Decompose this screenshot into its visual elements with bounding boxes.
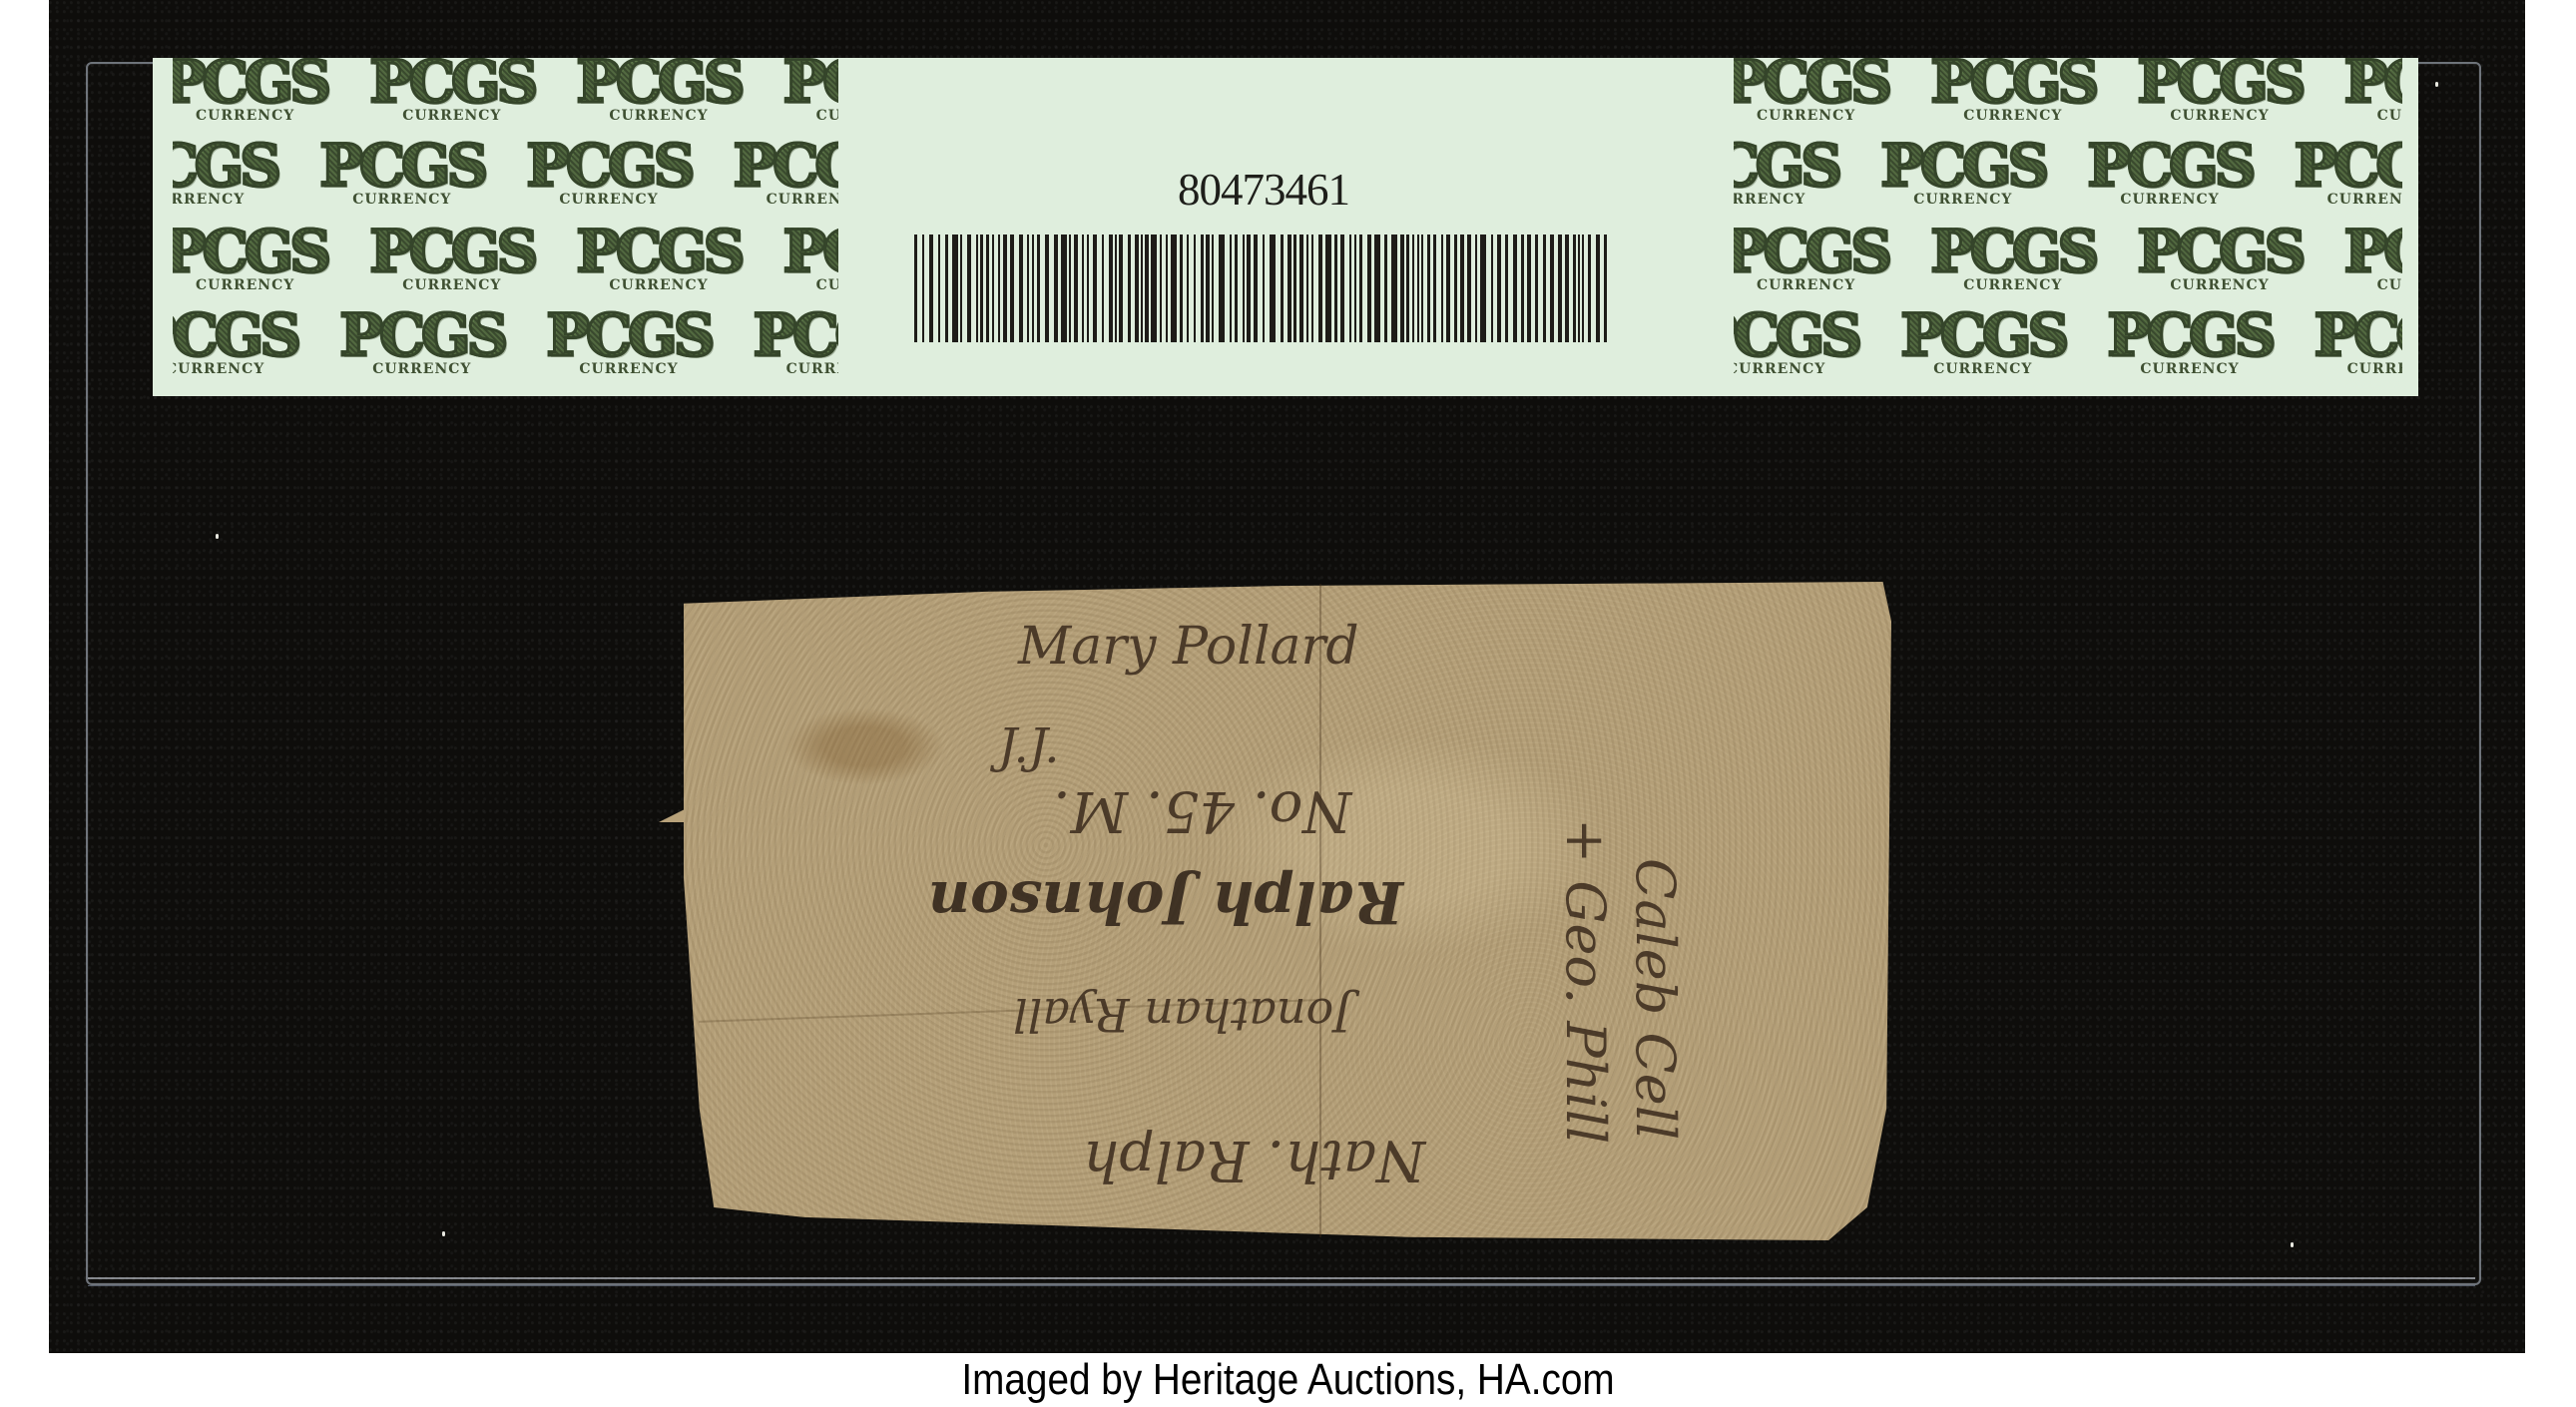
pcgs-logo: PCGSCURRENCY [526,138,691,208]
barcode-bar [1102,234,1104,342]
barcode-bar [976,234,978,342]
pcgs-logo: PCGSCURRENCY [319,138,484,208]
barcode-bar [1093,234,1097,342]
barcode-bar [1497,234,1501,342]
barcode-bar [938,234,940,342]
barcode-bar [1201,234,1204,342]
barcode-bar [914,234,917,342]
pcgs-logo: PCGSCURRENCY [2137,58,2302,124]
dust-speck [2291,1242,2294,1247]
barcode-bar [1032,234,1034,342]
barcode-bar [1082,234,1084,342]
barcode-bar [1069,234,1071,342]
barcode-bar [1467,234,1471,342]
barcode-bar [1340,234,1344,342]
pcgs-security-pattern-left: PCGSCURRENCYPCGSCURRENCYPCGSCURRENCYPCGS… [173,58,838,396]
barcode-bar [1505,234,1508,342]
barcode-bar [1212,234,1214,342]
barcode-bar [1135,234,1139,342]
pcgs-logo: PCGSCURRENCY [2087,138,2252,208]
barcode-bar [1247,234,1251,342]
barcode-bar [1475,234,1477,342]
barcode-bar [986,234,989,342]
barcode-bar [1180,234,1183,342]
pcgs-logo: PCGSCURRENCY [2344,58,2402,124]
barcode-bar [1406,234,1409,342]
barcode-bar [1128,234,1131,342]
pcgs-logo: PCGSCURRENCY [369,224,534,293]
dust-speck [216,534,219,539]
image-credit-caption: Imaged by Heritage Auctions, HA.com [155,1353,2421,1407]
pcgs-logo: PCGSCURRENCY [754,307,838,377]
pcgs-logo: PCGSCURRENCY [1734,138,1838,208]
barcode-bar [1578,234,1580,342]
barcode-bar [1454,234,1457,342]
pcgs-logo: PCGSCURRENCY [2315,307,2402,377]
barcode-bar [1412,234,1414,342]
barcode-bar [1535,234,1538,342]
barcode-bar [1446,234,1450,342]
barcode-bar [1480,234,1486,342]
pcgs-logo: PCGSCURRENCY [173,307,297,377]
barcode-bar [1513,234,1517,342]
barcode-bar [1054,234,1058,342]
pcgs-logo: PCGSCURRENCY [1734,307,1858,377]
serial-number: 80473461 [1172,170,1355,210]
barcode-bar [967,234,971,342]
barcode-bar [1235,234,1238,342]
pcgs-logo: PCGSCURRENCY [2107,307,2272,377]
barcode-bar [1427,234,1430,342]
barcode-bar [1254,234,1258,342]
barcode-bar [1270,234,1276,342]
pcgs-logo: PCGSCURRENCY [783,224,838,293]
barcode-bar [1582,234,1584,342]
barcode-bar [1421,234,1423,342]
barcode-bar [1219,234,1225,342]
barcode-bar [1141,234,1143,342]
handwriting-vertical-line-2: + Geo. Phill [1554,818,1617,1144]
barcode-bar [1119,234,1123,342]
barcode-bar [1558,234,1562,342]
barcode-bar [929,234,933,342]
barcode-bar [1160,234,1162,342]
pcgs-logo: PCGSCURRENCY [734,138,838,208]
barcode-bar [1374,234,1380,342]
barcode-bar [1061,234,1067,342]
pcgs-logo: PCGSCURRENCY [546,307,711,377]
barcode-bar [1087,234,1089,342]
barcode-bar [1037,234,1040,342]
handwriting-inverted-line-4: Nath. Ralph [1083,1128,1425,1192]
dust-speck [442,1231,445,1236]
handwriting-inverted-line-3: Jonathan Ryall [1013,988,1352,1042]
barcode-bar [1151,234,1157,342]
barcode-bar [1441,234,1443,342]
pcgs-logo: PCGSCURRENCY [576,224,741,293]
barcode-bar [1521,234,1524,342]
barcode-bar [1263,234,1265,342]
pcgs-logo: PCGSCURRENCY [2344,224,2402,293]
barcode-bar [1145,234,1149,342]
barcode-bar [1325,234,1331,342]
barcode-bar [1166,234,1168,342]
pcgs-logo: PCGSCURRENCY [1930,58,2095,124]
barcode-bar [1003,234,1007,342]
barcode-bar [1400,234,1404,342]
barcode-bar [1171,234,1177,342]
barcode-bar [1019,234,1023,342]
pcgs-logo: PCGSCURRENCY [1930,224,2095,293]
barcode-bar [1299,234,1303,342]
holder-bottom-edge [88,1277,2475,1286]
barcode-bar [1311,234,1313,342]
pcgs-logo: PCGSCURRENCY [173,58,327,124]
pcgs-logo: PCGSCURRENCY [2295,138,2402,208]
barcode-bar [1433,234,1436,342]
barcode-bar [1281,234,1284,342]
barcode-bar [1109,234,1113,342]
handwriting-inverted-line-2: Ralph Johnson [928,868,1403,936]
pcgs-logo: PCGSCURRENCY [173,138,277,208]
handwriting-inverted-line-1: No. 45. M. [1053,778,1351,843]
barcode-bar [1391,234,1397,342]
barcode-bar [1604,234,1607,342]
barcode-bar [1367,234,1371,342]
handwriting-vertical-line-1: Caleb Cell [1624,858,1687,1140]
barcode-bar [1045,234,1049,342]
pcgs-logo: PCGSCURRENCY [576,58,741,124]
barcode-bar [998,234,1000,342]
pcgs-logo: PCGSCURRENCY [1734,224,1888,293]
barcode-bar [1318,234,1322,342]
barcode-bar [1288,234,1291,342]
dust-speck [2435,82,2438,87]
barcode-bar [1187,234,1189,342]
barcode-bar [1359,234,1362,342]
barcode-bar [1194,234,1196,342]
barcode-bar [1349,234,1351,342]
pcgs-logo: PCGSCURRENCY [783,58,838,124]
barcode-bar [922,234,924,342]
barcode-bar [1588,234,1591,342]
barcode-bar [1527,234,1531,342]
barcode-bar [1115,234,1117,342]
barcode-bar [980,234,983,342]
barcode-bar [1460,234,1464,342]
pcgs-logo: PCGSCURRENCY [1880,138,2045,208]
barcode-bar [1027,234,1029,342]
barcode-bar [1206,234,1210,342]
pcgs-logo: PCGSCURRENCY [173,224,327,293]
barcode-bar [1354,234,1356,342]
barcode-bar [1010,234,1014,342]
barcode-bar [992,234,994,342]
barcode-bar [1243,234,1245,342]
pcgs-logo: PCGSCURRENCY [1734,58,1888,124]
barcode-bar [1384,234,1387,342]
barcode-bar [1417,234,1419,342]
barcode-bar [1550,234,1554,342]
barcode-bar [1573,234,1576,342]
pcgs-logo: PCGSCURRENCY [369,58,534,124]
pcgs-logo: PCGSCURRENCY [2137,224,2302,293]
handwriting-initials: J.J. [998,718,1060,774]
barcode-bar [1334,234,1337,342]
barcode-bar [1293,234,1296,342]
pcgs-security-pattern-right: PCGSCURRENCYPCGSCURRENCYPCGSCURRENCYPCGS… [1734,58,2402,396]
pcgs-logo: PCGSCURRENCY [339,307,504,377]
barcode-bar [1074,234,1078,342]
barcode-bar [1596,234,1600,342]
barcode-bar [1491,234,1493,342]
pcgs-logo: PCGSCURRENCY [1900,307,2065,377]
pcgs-label: PCGSCURRENCYPCGSCURRENCYPCGSCURRENCYPCGS… [153,58,2418,396]
barcode-bar [945,234,948,342]
barcode-bar [1565,234,1569,342]
barcode-bar [1543,234,1546,342]
barcode-bar [1230,234,1232,342]
barcode [914,234,1617,342]
barcode-bar [952,234,958,342]
barcode-bar [1306,234,1308,342]
handwriting-name: Mary Pollard [1018,617,1359,677]
barcode-bar [960,234,962,342]
